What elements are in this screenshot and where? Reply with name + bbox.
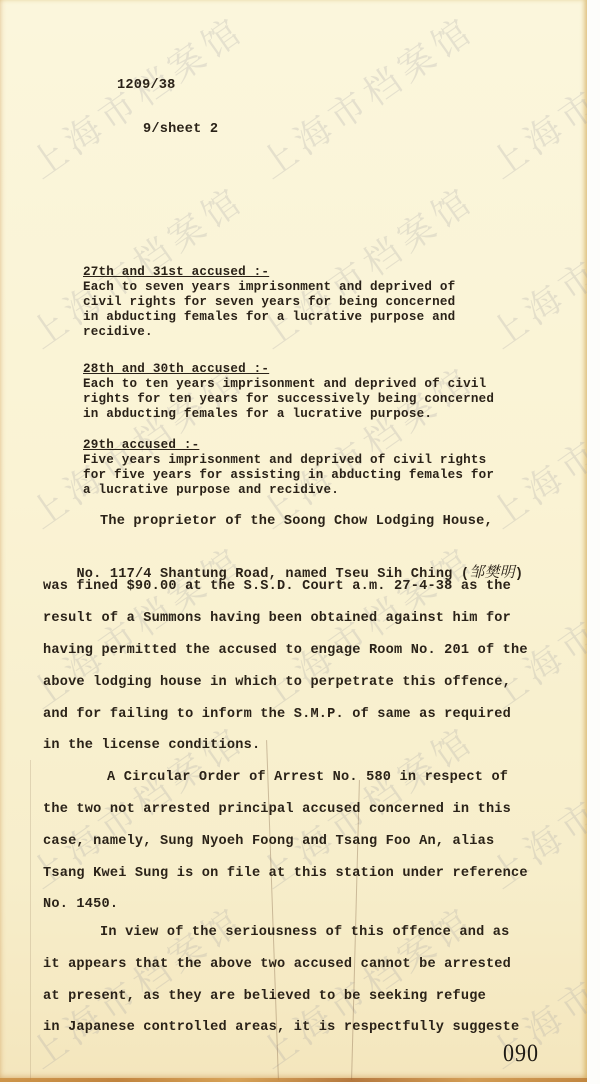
archive-page-number: 090: [503, 1038, 539, 1068]
watermark: 上海市档案馆: [248, 892, 484, 1078]
watermark: 上海市档案馆: [18, 892, 254, 1078]
paragraph-line: result of a Summons having been obtained…: [43, 611, 511, 626]
watermark: 上海市档案馆: [248, 2, 484, 188]
paper-crease: [30, 760, 31, 1080]
sentence-line: Each to ten years imprisonment and depri…: [83, 377, 486, 391]
sentence-line: rights for ten years for successively be…: [83, 392, 494, 406]
paragraph-line: having permitted the accused to engage R…: [43, 643, 528, 658]
sentence-heading: 28th and 30th accused :-: [83, 362, 269, 376]
sentence-line: civil rights for seven years for being c…: [83, 295, 455, 309]
sentence-line: for five years for assisting in abductin…: [83, 468, 494, 482]
paragraph-line: was fined $90.00 at the S.S.D. Court a.m…: [43, 579, 511, 594]
paragraph-line: The proprietor of the Soong Chow Lodging…: [100, 514, 493, 529]
sentence-line: in abducting females for a lucrative pur…: [83, 310, 455, 324]
watermark: 上海市档案馆: [248, 172, 484, 358]
paragraph-line: In view of the seriousness of this offen…: [100, 925, 510, 940]
paragraph-line: Tsang Kwei Sung is on file at this stati…: [43, 866, 528, 881]
paragraph-line: case, namely, Sung Nyoeh Foong and Tsang…: [43, 834, 494, 849]
sentence-line: Each to seven years imprisonment and dep…: [83, 280, 455, 294]
paragraph-line: it appears that the above two accused ca…: [43, 957, 511, 972]
paragraph-line: A Circular Order of Arrest No. 580 in re…: [107, 770, 508, 785]
sentence-line: in abducting females for a lucrative pur…: [83, 407, 432, 421]
sheet-number: 9/sheet 2: [143, 122, 218, 137]
watermark: 上海市档案馆: [18, 2, 254, 188]
paragraph-line: No. 1450.: [43, 897, 118, 912]
sentence-heading: 29th accused :-: [83, 438, 199, 452]
paragraph-line: above lodging house in which to perpetra…: [43, 675, 511, 690]
document-page: 上海市档案馆 上海市档案馆 上海市档案馆 上海市档案馆 上海市档案馆 上海市档案…: [0, 0, 587, 1082]
paragraph-line: the two not arrested principal accused c…: [43, 802, 511, 817]
paragraph-line: in Japanese controlled areas, it is resp…: [43, 1020, 519, 1035]
watermark: 上海市档案馆: [478, 2, 587, 188]
watermark: 上海市档案馆: [478, 352, 587, 538]
paragraph-line: in the license conditions.: [43, 738, 260, 753]
file-reference: 1209/38: [117, 78, 176, 93]
paragraph-line: and for failing to inform the S.M.P. of …: [43, 707, 511, 722]
watermark: 上海市档案馆: [478, 172, 587, 358]
sentence-line: recidive.: [83, 325, 153, 339]
sentence-heading: 27th and 31st accused :-: [83, 265, 269, 279]
close-paren: ): [515, 567, 523, 582]
sentence-line: a lucrative purpose and recidive.: [83, 483, 339, 497]
paragraph-line: at present, as they are believed to be s…: [43, 989, 486, 1004]
sentence-line: Five years imprisonment and deprived of …: [83, 453, 486, 467]
